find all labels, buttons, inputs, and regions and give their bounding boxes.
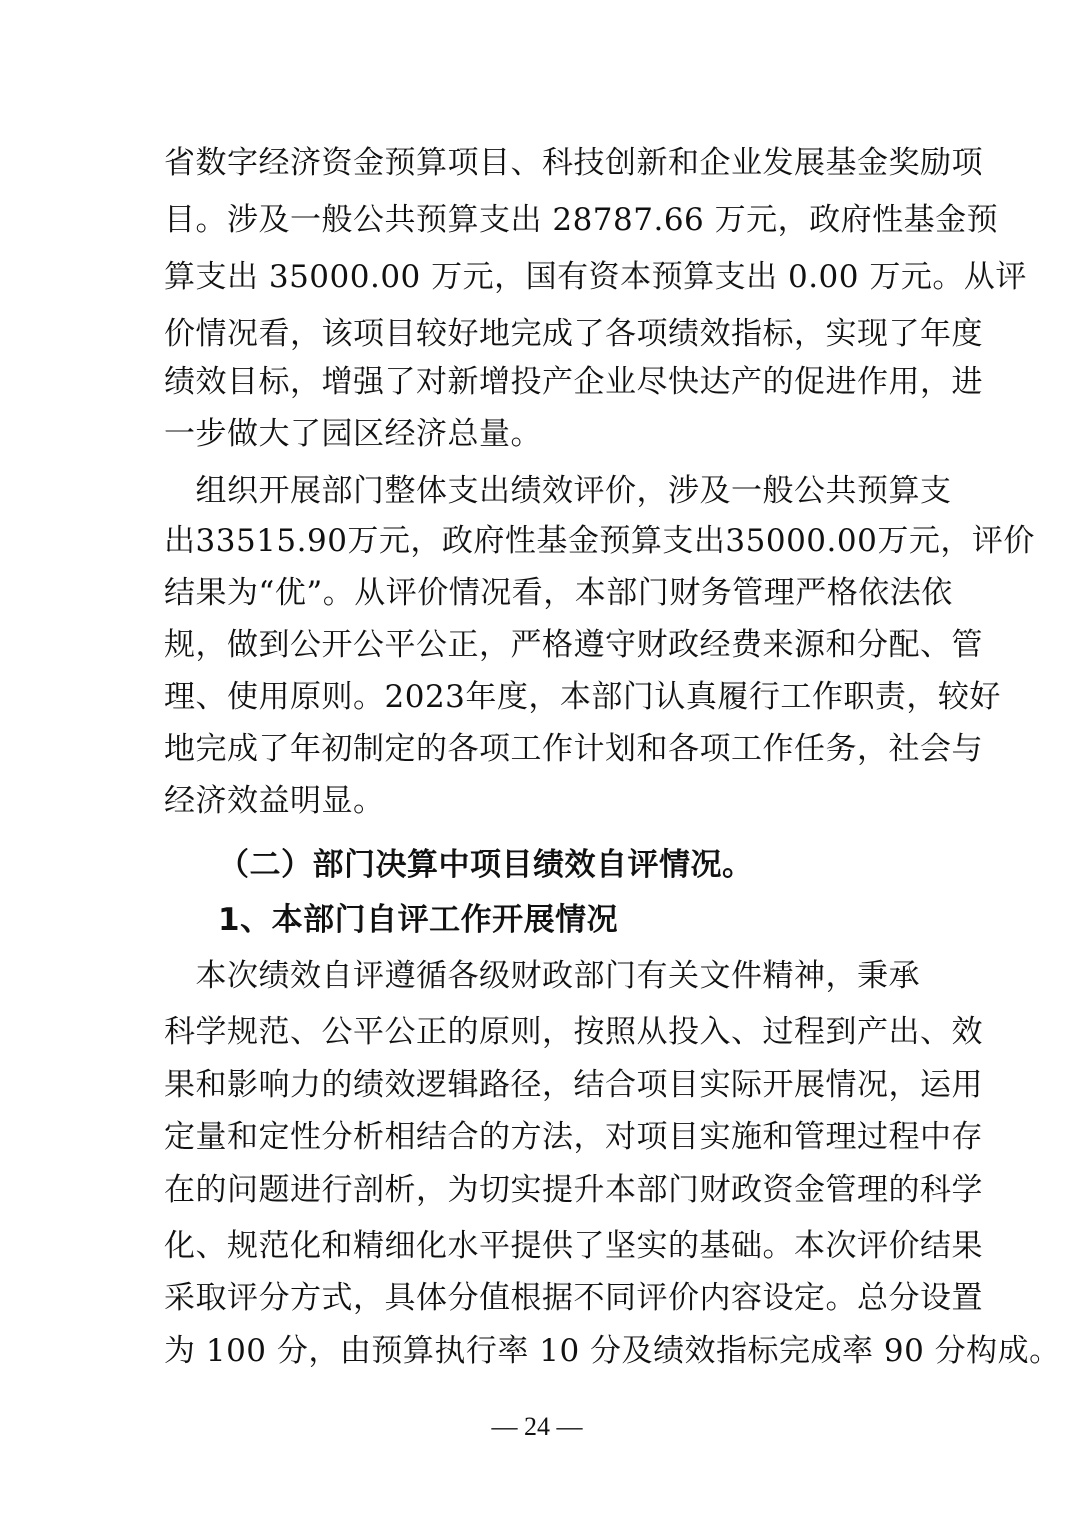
paragraph-line: 一步做大了园区经济总量。 <box>164 414 914 454</box>
paragraph-line: 为 100 分，由预算执行率 10 分及绩效指标完成率 90 分构成。 <box>164 1331 914 1371</box>
paragraph-line: 价情况看，该项目较好地完成了各项绩效指标，实现了年度 <box>164 314 914 354</box>
paragraph-line: 定量和定性分析相结合的方法，对项目实施和管理过程中存 <box>164 1117 914 1157</box>
paragraph-line: 目。涉及一般公共预算支出 28787.66 万元，政府性基金预 <box>164 200 914 240</box>
subsection-heading: 1、本部门自评工作开展情况 <box>218 900 618 940</box>
paragraph-line: 出33515.90万元，政府性基金预算支出35000.00万元，评价 <box>164 521 914 561</box>
paragraph-line: 算支出 35000.00 万元，国有资本预算支出 0.00 万元。从评 <box>164 257 914 297</box>
paragraph-line: 在的问题进行剖析，为切实提升本部门财政资金管理的科学 <box>164 1170 914 1210</box>
paragraph-line: 绩效目标，增强了对新增投产企业尽快达产的促进作用，进 <box>164 362 914 402</box>
paragraph-line: 化、规范化和精细化水平提供了坚实的基础。本次评价结果 <box>164 1226 914 1266</box>
page-number: — 24 — <box>0 1410 1074 1444</box>
section-heading: （二）部门决算中项目绩效自评情况。 <box>218 845 754 885</box>
paragraph-line: 规，做到公开公平公正，严格遵守财政经费来源和分配、管 <box>164 625 914 665</box>
paragraph-line: 理、使用原则。2023年度，本部门认真履行工作职责，较好 <box>164 677 914 717</box>
document-page: 省数字经济资金预算项目、科技创新和企业发展基金奖励项 目。涉及一般公共预算支出 … <box>0 0 1074 1520</box>
paragraph-line: 本次绩效自评遵循各级财政部门有关文件精神，秉承 <box>164 956 914 996</box>
paragraph-line: 省数字经济资金预算项目、科技创新和企业发展基金奖励项 <box>164 143 914 183</box>
paragraph-line: 采取评分方式，具体分值根据不同评价内容设定。总分设置 <box>164 1278 914 1318</box>
paragraph-line: 果和影响力的绩效逻辑路径，结合项目实际开展情况，运用 <box>164 1065 914 1105</box>
paragraph-line: 经济效益明显。 <box>164 781 914 821</box>
paragraph-line: 地完成了年初制定的各项工作计划和各项工作任务，社会与 <box>164 729 914 769</box>
paragraph-line: 结果为“优”。从评价情况看，本部门财务管理严格依法依 <box>164 573 914 613</box>
paragraph-line: 科学规范、公平公正的原则，按照从投入、过程到产出、效 <box>164 1012 914 1052</box>
paragraph-line: 组织开展部门整体支出绩效评价，涉及一般公共预算支 <box>164 471 914 511</box>
